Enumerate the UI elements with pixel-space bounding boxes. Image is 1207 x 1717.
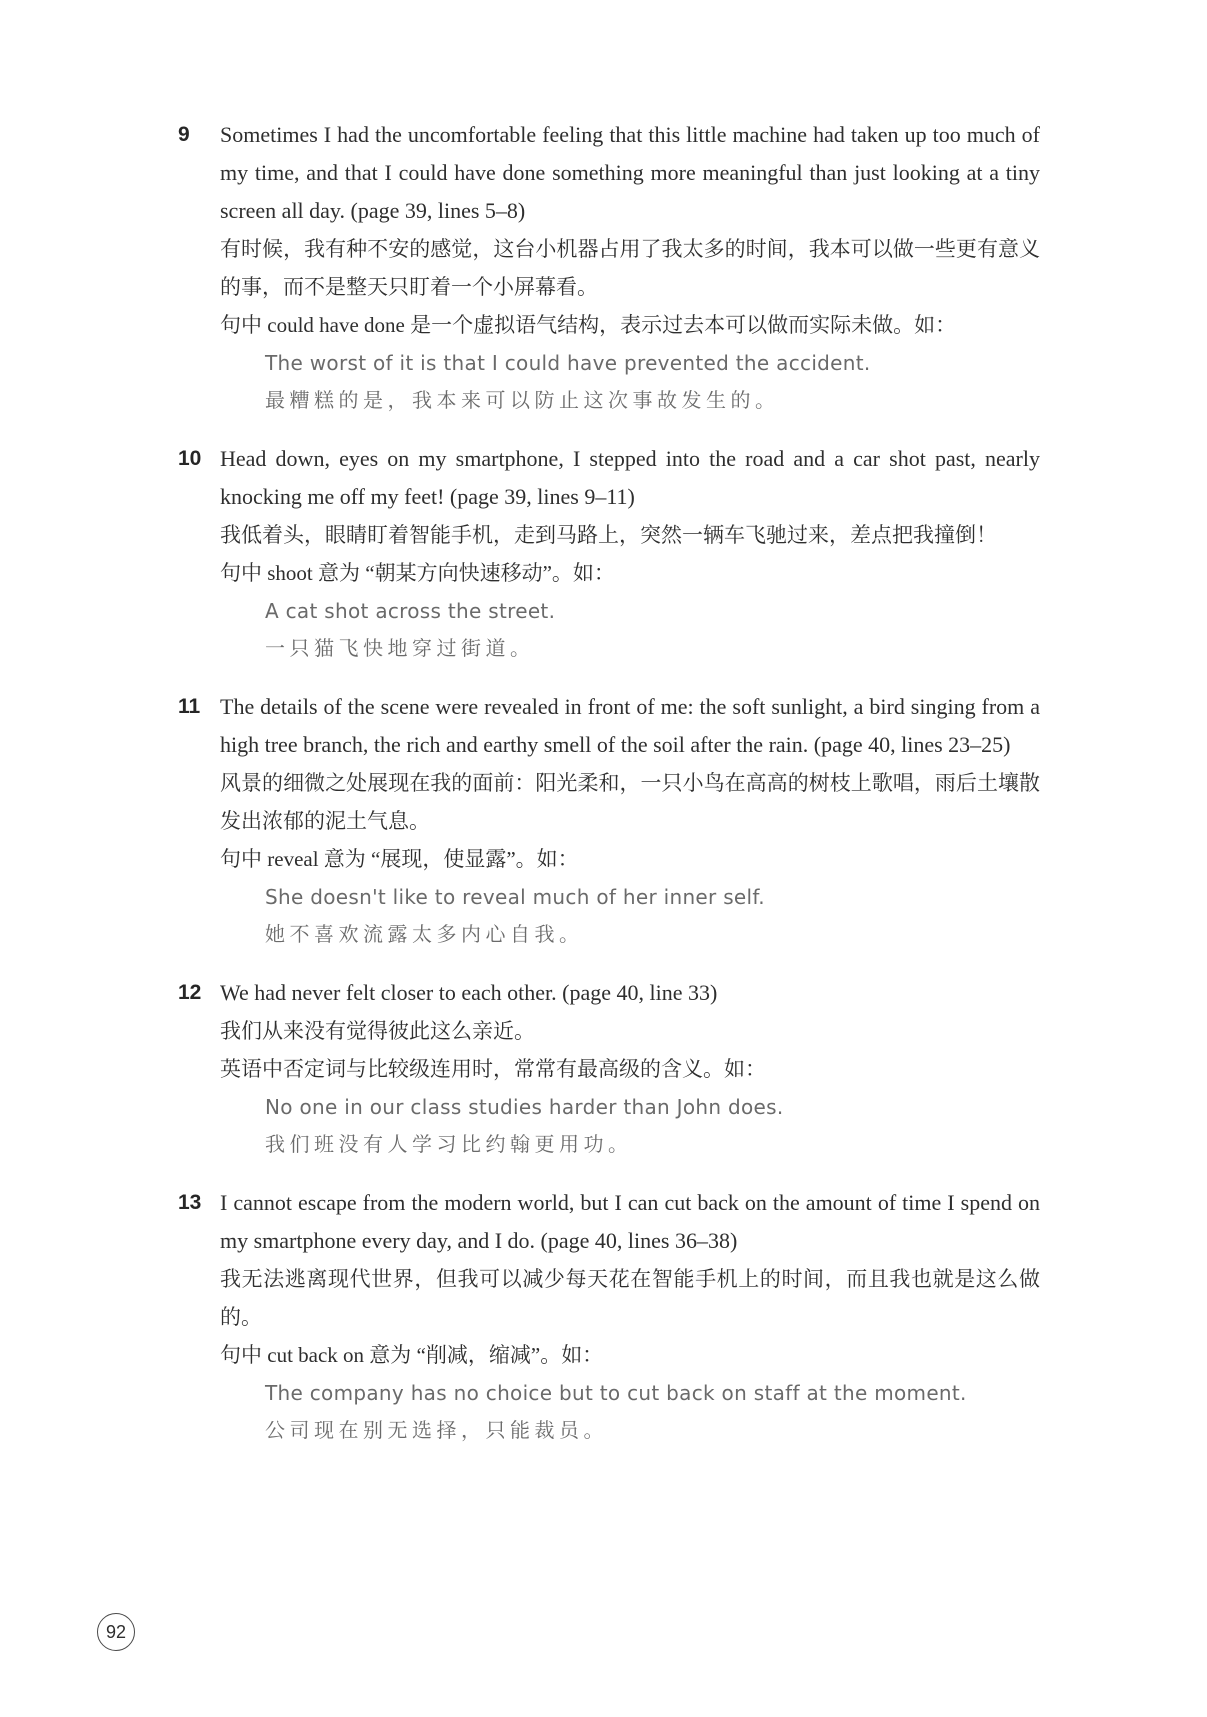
example-sentence-chinese: 我们班没有人学习比约翰更用功。 [220, 1126, 1040, 1164]
item-grammar-note: 英语中否定词与比较级连用时，常常有最高级的含义。如： [220, 1050, 1040, 1088]
item-chinese-translation: 我低着头，眼睛盯着智能手机，走到马路上，突然一辆车飞驰过来，差点把我撞倒！ [220, 516, 1040, 554]
item-number: 10 [178, 440, 220, 668]
example-sentence-chinese: 一只猫飞快地穿过街道。 [220, 630, 1040, 668]
item-number: 9 [178, 116, 220, 420]
item-body: Sometimes I had the uncomfortable feelin… [220, 116, 1040, 420]
list-item-11: 11 The details of the scene were reveale… [178, 688, 1040, 954]
list-item-10: 10 Head down, eyes on my smartphone, I s… [178, 440, 1040, 668]
item-chinese-translation: 风景的细微之处展现在我的面前：阳光柔和，一只小鸟在高高的树枝上歌唱，雨后土壤散发… [220, 764, 1040, 840]
list-item-12: 12 We had never felt closer to each othe… [178, 974, 1040, 1164]
item-grammar-note: 句中 could have done 是一个虚拟语气结构，表示过去本可以做而实际… [220, 306, 1040, 344]
item-chinese-translation: 我们从来没有觉得彼此这么亲近。 [220, 1012, 1040, 1050]
page-number-badge: 92 [97, 1613, 135, 1651]
example-sentence-english: No one in our class studies harder than … [220, 1088, 1040, 1126]
example-sentence-chinese: 公司现在别无选择，只能裁员。 [220, 1412, 1040, 1450]
item-chinese-translation: 有时候，我有种不安的感觉，这台小机器占用了我太多的时间，我本可以做一些更有意义的… [220, 230, 1040, 306]
page-number: 92 [106, 1622, 126, 1643]
item-body: We had never felt closer to each other. … [220, 974, 1040, 1164]
item-english-sentence: We had never felt closer to each other. … [220, 974, 1040, 1012]
item-grammar-note: 句中 reveal 意为 “展现，使显露”。如： [220, 840, 1040, 878]
item-body: The details of the scene were revealed i… [220, 688, 1040, 954]
item-chinese-translation: 我无法逃离现代世界，但我可以减少每天花在智能手机上的时间，而且我也就是这么做的。 [220, 1260, 1040, 1336]
list-item-9: 9 Sometimes I had the uncomfortable feel… [178, 116, 1040, 420]
item-english-sentence: I cannot escape from the modern world, b… [220, 1184, 1040, 1260]
item-body: I cannot escape from the modern world, b… [220, 1184, 1040, 1450]
item-number: 12 [178, 974, 220, 1164]
example-sentence-english: A cat shot across the street. [220, 592, 1040, 630]
example-sentence-english: The worst of it is that I could have pre… [220, 344, 1040, 382]
item-english-sentence: Sometimes I had the uncomfortable feelin… [220, 116, 1040, 230]
item-english-sentence: Head down, eyes on my smartphone, I step… [220, 440, 1040, 516]
item-grammar-note: 句中 shoot 意为 “朝某方向快速移动”。如： [220, 554, 1040, 592]
item-number: 11 [178, 688, 220, 954]
item-number: 13 [178, 1184, 220, 1450]
item-english-sentence: The details of the scene were revealed i… [220, 688, 1040, 764]
content-list: 9 Sometimes I had the uncomfortable feel… [178, 116, 1040, 1470]
item-grammar-note: 句中 cut back on 意为 “削减，缩减”。如： [220, 1336, 1040, 1374]
example-sentence-english: The company has no choice but to cut bac… [220, 1374, 1040, 1412]
item-body: Head down, eyes on my smartphone, I step… [220, 440, 1040, 668]
list-item-13: 13 I cannot escape from the modern world… [178, 1184, 1040, 1450]
example-sentence-chinese: 最糟糕的是，我本来可以防止这次事故发生的。 [220, 382, 1040, 420]
example-sentence-chinese: 她不喜欢流露太多内心自我。 [220, 916, 1040, 954]
example-sentence-english: She doesn't like to reveal much of her i… [220, 878, 1040, 916]
